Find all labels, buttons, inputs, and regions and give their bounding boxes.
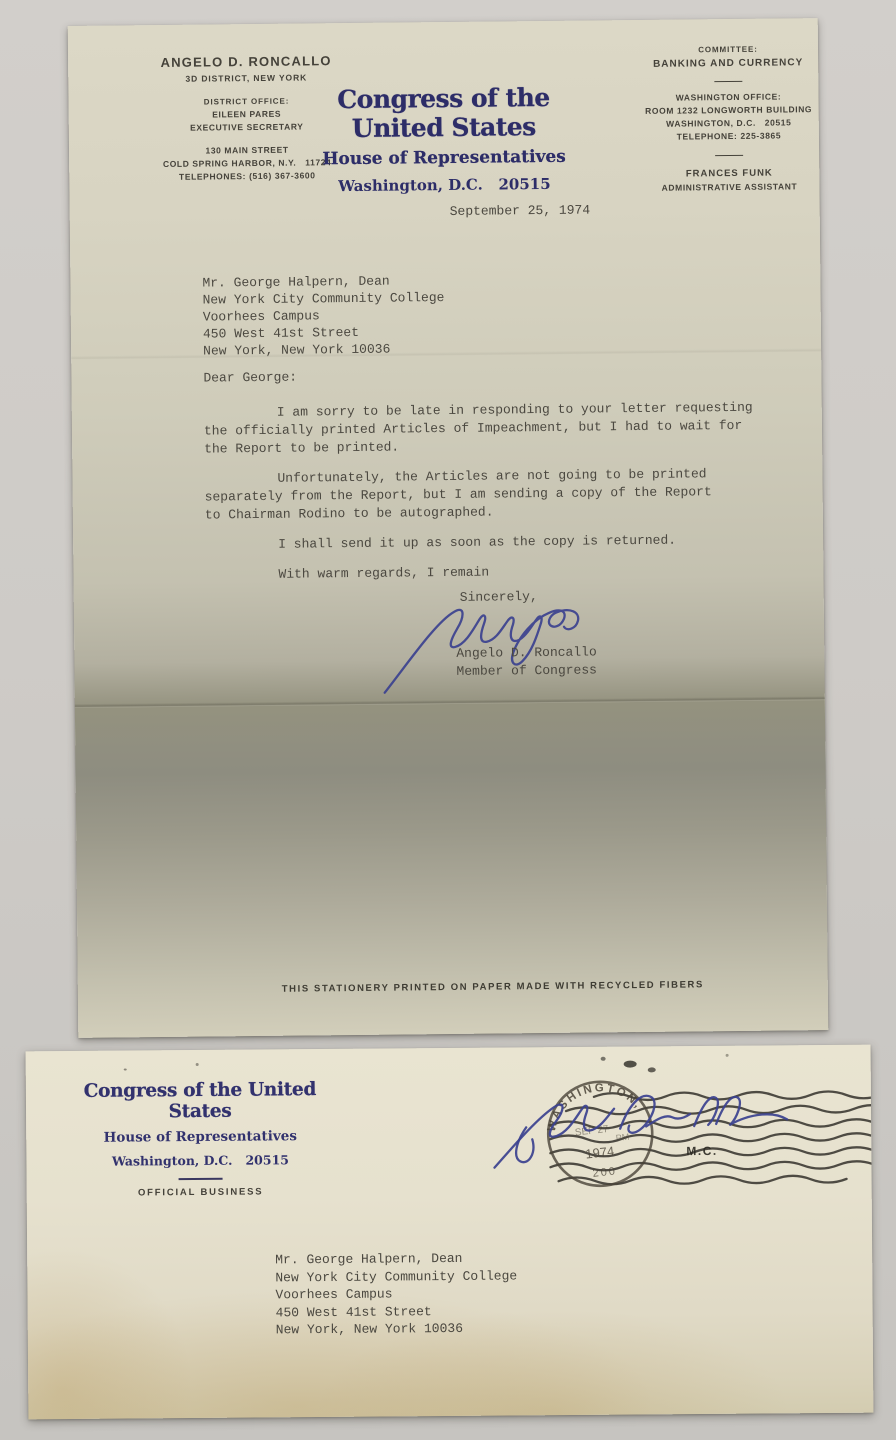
letterhead-center-block: Congress of the United States House of R…: [293, 82, 594, 195]
committee-label: COMMITTEE:: [621, 44, 835, 55]
ink-smudge: [648, 1067, 656, 1072]
ink-speck: [196, 1063, 199, 1066]
ink-speck: [726, 1054, 729, 1057]
letter-sheet: ANGELO D. RONCALLO 3D DISTRICT, NEW YORK…: [68, 18, 829, 1038]
envelope: Congress of the United States House of R…: [26, 1045, 874, 1420]
committee-name: BANKING AND CURRENCY: [621, 57, 835, 70]
text-line: New York, New York 10036: [203, 340, 445, 360]
letterhead-right-block: COMMITTEE: BANKING AND CURRENCY WASHINGT…: [621, 44, 837, 193]
member-of-congress-initials: M.C.: [686, 1144, 717, 1158]
frank-signature: Angelo D. Roncallo: [488, 1081, 794, 1175]
assistant-title: ADMINISTRATIVE ASSISTANT: [622, 181, 836, 193]
recipient-address-block: Mr. George Halpern, DeanNew York City Co…: [202, 272, 445, 360]
signed-title: Member of Congress: [456, 662, 597, 678]
ink-smudge: [624, 1061, 637, 1068]
office-room: ROOM 1232 LONGWORTH BUILDING: [622, 104, 836, 116]
assistant-name: FRANCES FUNK: [622, 167, 836, 180]
text-line: New York City Community College: [203, 289, 445, 309]
divider-rule: [179, 1178, 223, 1180]
ink-speck: [124, 1069, 127, 1071]
envelope-corner-card: Congress of the United States House of R…: [54, 1079, 347, 1199]
washington-address: Washington, D.C. 20515: [54, 1152, 346, 1169]
ink-speck: [601, 1057, 606, 1061]
fold-crease: [71, 348, 821, 360]
text-line: 450 West 41st Street: [276, 1302, 518, 1321]
text-line: New York City Community College: [275, 1267, 517, 1286]
office-phone: TELEPHONE: 225-3865: [622, 130, 836, 142]
letter-body: I am sorry to be late in responding to y…: [204, 398, 822, 596]
house-title: House of Representatives: [294, 146, 594, 169]
member-name: ANGELO D. RONCALLO: [96, 53, 396, 71]
congress-title: Congress of the United States: [293, 82, 594, 143]
text-line: Mr. George Halpern, Dean: [275, 1249, 517, 1268]
photo-backdrop: { "colors": { "letterhead_ink": "#2d2d68…: [0, 0, 896, 1440]
paragraph: I shall send it up as soon as the copy i…: [205, 530, 821, 554]
paragraph: Unfortunately, the Articles are not goin…: [204, 464, 821, 524]
congress-title: Congress of the United States: [54, 1079, 346, 1123]
divider-rule: [715, 155, 743, 156]
house-title: House of Representatives: [54, 1128, 346, 1146]
official-business-label: OFFICIAL BUSINESS: [55, 1186, 347, 1199]
member-district: 3D DISTRICT, NEW YORK: [96, 72, 396, 85]
divider-rule: [714, 81, 742, 82]
text-line: New York, New York 10036: [276, 1319, 518, 1338]
recycled-paper-note: THIS STATIONERY PRINTED ON PAPER MADE WI…: [173, 978, 813, 996]
office-city: WASHINGTON, D.C. 20515: [622, 117, 836, 129]
washington-office-label: WASHINGTON OFFICE:: [621, 91, 835, 103]
salutation: Dear George:: [203, 370, 297, 386]
text-line: Voorhees Campus: [275, 1284, 517, 1303]
text-line: With warm regards, I remain: [205, 560, 821, 584]
paragraph: With warm regards, I remain: [205, 560, 821, 584]
paragraph: I am sorry to be late in responding to y…: [204, 398, 821, 458]
text-line: I shall send it up as soon as the copy i…: [205, 530, 821, 554]
washington-address: Washington, D.C. 20515: [294, 174, 594, 195]
signed-name: Angelo D. Roncallo: [456, 644, 597, 660]
envelope-address-block: Mr. George Halpern, DeanNew York City Co…: [275, 1249, 518, 1338]
letter-date: September 25, 1974: [450, 202, 591, 218]
